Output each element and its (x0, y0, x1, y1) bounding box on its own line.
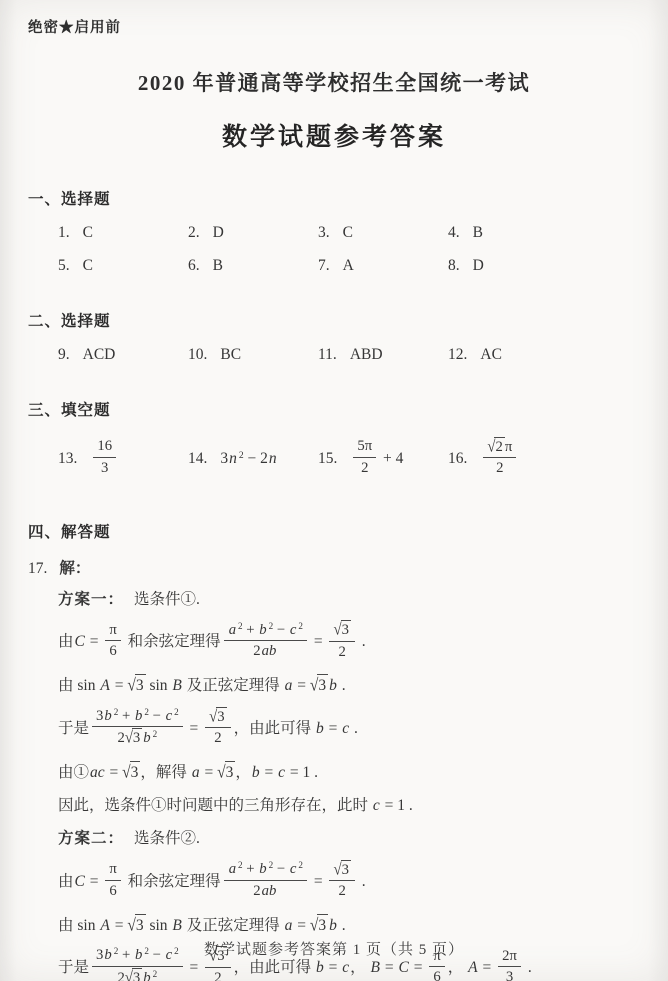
fill-answer-item: 15.5π2 + 4 (318, 439, 448, 479)
fraction-denominator: 2 (353, 458, 376, 477)
math-variable: a (284, 677, 294, 694)
fraction-denominator: 2 (329, 642, 354, 661)
math-superscript: 2 (268, 621, 274, 631)
exam-answer-page: 绝密★启用前 2020 年普通高等学校招生全国统一考试 数学试题参考答案 一、选… (0, 0, 668, 981)
fraction-numerator: π (105, 621, 120, 641)
choice-answer-item: 5.C (58, 257, 188, 275)
math-variable: ab (261, 643, 278, 659)
radical-sign-icon: √ (209, 707, 217, 728)
math-variable: c (165, 708, 174, 724)
sqrt-radical: √3 (310, 914, 328, 937)
math-variable: n (268, 450, 278, 467)
answer-number: 6. (188, 257, 200, 274)
fraction-denominator: 6 (105, 881, 120, 900)
radical-sign-icon: √ (127, 913, 136, 938)
math-variable: A (99, 917, 110, 934)
math-variable: b (142, 730, 151, 746)
radicand: 3 (132, 728, 142, 747)
solution-line: 由 sin A = √3 sin B 及正弦定理得 a = √3b . (58, 914, 668, 937)
math-variable: b (328, 677, 338, 694)
classification-label: 绝密★启用前 (28, 16, 668, 37)
answer-value: C (83, 257, 93, 274)
solution-line: 由 sin A = √3 sin B 及正弦定理得 a = √3b . (58, 674, 668, 697)
math-variable: c (277, 764, 286, 781)
answer-value: C (343, 224, 353, 241)
sqrt-radical: √3 (209, 707, 226, 726)
answer-value: D (473, 257, 484, 274)
math-variable: a (284, 917, 294, 934)
fraction-denominator: 6 (105, 641, 120, 660)
math-fraction: √32 (205, 707, 230, 748)
fraction-denominator: 3 (498, 967, 521, 981)
sqrt-radical: √3 (122, 761, 140, 784)
math-variable: A (99, 677, 110, 694)
answer-value: BC (220, 346, 241, 363)
math-superscript: 2 (297, 860, 303, 870)
choice-answer-item: 12.AC (448, 346, 598, 364)
radicand: 3 (225, 761, 236, 784)
solve-label: 解： (59, 560, 90, 577)
answer-number: 9. (58, 346, 70, 363)
math-fraction: 5π2 (353, 437, 376, 477)
fraction-numerator: 5π (353, 437, 376, 457)
math-variable: b (134, 708, 143, 724)
fraction-numerator: √3 (205, 707, 230, 728)
math-variable: C (74, 633, 86, 650)
choice-answer-row: 9.ACD10.BC11.ABD12.AC (58, 346, 668, 364)
answer-number: 5. (58, 257, 70, 274)
page-footer: 数学试题参考答案第 1 页（共 5 页） (0, 938, 668, 959)
math-variable: c (372, 797, 381, 814)
math-superscript: 2 (152, 969, 158, 979)
math-fraction: 163 (93, 437, 116, 477)
radical-sign-icon: √ (122, 760, 131, 785)
math-variable: C (74, 873, 86, 890)
math-variable: c (341, 720, 350, 737)
math-variable: C (398, 959, 410, 976)
fraction-numerator: 16 (93, 437, 116, 457)
fraction-numerator: √3 (329, 860, 354, 881)
fraction-denominator: 6 (429, 967, 444, 981)
radical-sign-icon: √ (125, 967, 133, 981)
answers-content: 一、选择题1.C2.D3.C4.B5.C6.B7.A8.D二、选择题9.ACD1… (0, 187, 668, 981)
math-variable: a (228, 622, 237, 638)
sqrt-radical: √2 (487, 437, 504, 456)
math-variable: a (191, 764, 201, 781)
page-subtitle: 数学试题参考答案 (0, 117, 668, 153)
fraction-numerator: 3b2 + b2 − c2 (92, 707, 183, 727)
radicand: 3 (341, 620, 351, 639)
math-variable: b (142, 970, 151, 981)
math-variable: ac (89, 764, 106, 781)
sqrt-radical: √3 (333, 860, 350, 879)
fraction-numerator: √2π (483, 437, 516, 458)
math-variable: c (341, 959, 350, 976)
fraction-denominator: 2ab (224, 641, 307, 660)
math-superscript: 2 (237, 860, 243, 870)
answer-value-math: 3n2 − 2n (220, 450, 277, 467)
choice-answer-item: 8.D (448, 257, 598, 275)
answer-value: C (83, 224, 93, 241)
fraction-denominator: 2ab (224, 881, 307, 900)
math-variable: b (315, 959, 325, 976)
sqrt-radical: √3 (127, 674, 145, 697)
plan-label: 方案二： (58, 830, 124, 847)
answer-number: 16. (448, 450, 467, 467)
section-heading: 三、填空题 (28, 398, 668, 420)
answer-number: 14. (188, 450, 207, 467)
fraction-numerator: a2 + b2 − c2 (224, 860, 307, 880)
choice-answer-row: 1.C2.D3.C4.B (58, 224, 668, 242)
answer-value: B (213, 257, 223, 274)
answer-value: A (343, 257, 354, 274)
radical-sign-icon: √ (310, 913, 319, 938)
radicand: 3 (317, 674, 328, 697)
sqrt-radical: √3 (125, 728, 142, 747)
solution-line: 方案二：选条件②. (58, 828, 668, 850)
math-variable: A (467, 959, 478, 976)
solution-line: 由C = π6 和余弦定理得a2 + b2 − c22ab = √32 . (58, 862, 668, 903)
section-heading: 一、选择题 (28, 187, 668, 209)
radicand: 3 (135, 674, 146, 697)
radical-sign-icon: √ (333, 860, 341, 881)
page-title: 2020 年普通高等学校招生全国统一考试 (0, 67, 668, 97)
math-variable: b (315, 720, 325, 737)
solution-line: 由C = π6 和余弦定理得a2 + b2 − c22ab = √32 . (58, 622, 668, 663)
sqrt-radical: √3 (127, 914, 145, 937)
math-fraction: π6 (105, 860, 120, 900)
solution-line: 于是3b2 + b2 − c22√3b2 = √32，由此可得 b = c . (58, 709, 668, 750)
fraction-denominator: 2 (329, 881, 354, 900)
answer-value-math: √2π2 (480, 450, 519, 467)
choice-answer-item: 11.ABD (318, 346, 448, 364)
fraction-numerator: π (105, 860, 120, 880)
radicand: 2 (494, 437, 504, 456)
answer-number: 1. (58, 224, 70, 241)
math-fraction: √2π2 (483, 437, 516, 478)
answer-number: 4. (448, 224, 460, 241)
answer-number: 10. (188, 346, 207, 363)
math-superscript: 2 (113, 707, 119, 717)
math-fraction: π6 (105, 621, 120, 661)
answer-value-math: 163 (90, 450, 119, 467)
fraction-denominator: 3 (93, 458, 116, 477)
problem-number: 17. (28, 560, 47, 577)
answer-number: 13. (58, 450, 77, 467)
math-variable: b (328, 917, 338, 934)
sqrt-radical: √3 (310, 674, 328, 697)
math-superscript: 2 (297, 621, 303, 631)
answer-number: 12. (448, 346, 467, 363)
math-superscript: 2 (173, 707, 179, 717)
math-fraction: a2 + b2 − c22ab (224, 860, 307, 900)
fill-answer-item: 13.163 (58, 439, 188, 479)
choice-answer-item: 6.B (188, 257, 318, 275)
math-variable: b (103, 708, 112, 724)
problem-line: 17.解： (28, 556, 668, 578)
choice-answer-item: 7.A (318, 257, 448, 275)
radicand: 3 (317, 914, 328, 937)
math-variable: b (258, 861, 267, 877)
sqrt-radical: √3 (333, 620, 350, 639)
choice-answer-item: 1.C (58, 224, 188, 242)
fraction-denominator: 2 (483, 458, 516, 477)
fraction-denominator: 2√3b2 (92, 727, 183, 747)
answer-number: 3. (318, 224, 330, 241)
plan-label: 方案一： (58, 591, 124, 608)
section-heading: 二、选择题 (28, 309, 668, 331)
fill-answer-row: 13.16314.3n2 − 2n15.5π2 + 416.√2π2 (58, 432, 668, 486)
section-heading: 四、解答题 (28, 520, 668, 542)
fill-answer-item: 16.√2π2 (448, 439, 598, 480)
solution-line: 方案一：选条件①. (58, 589, 668, 611)
math-superscript: 2 (237, 621, 243, 631)
choice-answer-item: 9.ACD (58, 346, 188, 364)
fraction-denominator: 2√3b2 (92, 967, 183, 981)
math-variable: n (228, 450, 238, 467)
answer-value-math: 5π2 + 4 (350, 450, 403, 467)
radicand: 3 (216, 707, 226, 726)
radical-sign-icon: √ (487, 437, 495, 458)
fraction-numerator: √3 (329, 620, 354, 641)
math-variable: a (228, 861, 237, 877)
choice-answer-item: 4.B (448, 224, 598, 242)
radical-sign-icon: √ (217, 760, 226, 785)
choice-answer-item: 3.C (318, 224, 448, 242)
answer-number: 7. (318, 257, 330, 274)
solution-line: 因此，选条件①时问题中的三角形存在，此时 c = 1 . (58, 795, 668, 817)
math-fraction: √32 (329, 620, 354, 661)
math-variable: B (370, 959, 381, 976)
math-variable: ab (261, 883, 278, 899)
choice-answer-row: 5.C6.B7.A8.D (58, 257, 668, 275)
math-variable: B (171, 917, 182, 934)
answer-value: AC (480, 346, 502, 363)
sqrt-radical: √3 (125, 968, 142, 981)
math-variable: b (258, 622, 267, 638)
fill-answer-item: 14.3n2 − 2n (188, 450, 318, 468)
radicand: 3 (135, 914, 146, 937)
radical-sign-icon: √ (310, 674, 319, 699)
fraction-denominator: 2 (205, 728, 230, 747)
fraction-denominator: 2 (205, 968, 230, 981)
radical-sign-icon: √ (125, 728, 133, 749)
radicand: 3 (341, 860, 351, 879)
radical-sign-icon: √ (127, 674, 136, 699)
answer-value: D (213, 224, 224, 241)
answer-value: ABD (350, 346, 383, 363)
radical-sign-icon: √ (333, 620, 341, 641)
answer-number: 15. (318, 450, 337, 467)
fraction-numerator: a2 + b2 − c2 (224, 621, 307, 641)
radicand: 3 (132, 968, 142, 981)
math-superscript: 2 (268, 860, 274, 870)
choice-answer-item: 2.D (188, 224, 318, 242)
math-superscript: 2 (143, 707, 149, 717)
answer-number: 2. (188, 224, 200, 241)
math-superscript: 2 (238, 450, 244, 461)
math-variable: b (251, 764, 261, 781)
math-fraction: a2 + b2 − c22ab (224, 621, 307, 661)
sqrt-radical: √3 (217, 761, 235, 784)
math-fraction: √32 (329, 860, 354, 901)
answer-value: ACD (83, 346, 116, 363)
answer-number: 11. (318, 346, 337, 363)
math-variable: B (171, 677, 182, 694)
radicand: 3 (130, 761, 141, 784)
choice-answer-item: 10.BC (188, 346, 318, 364)
answer-value: B (473, 224, 483, 241)
math-fraction: 3b2 + b2 − c22√3b2 (92, 707, 183, 748)
solution-line: 由①ac = √3，解得 a = √3，b = c = 1 . (58, 761, 668, 784)
answer-number: 8. (448, 257, 460, 274)
math-superscript: 2 (152, 729, 158, 739)
